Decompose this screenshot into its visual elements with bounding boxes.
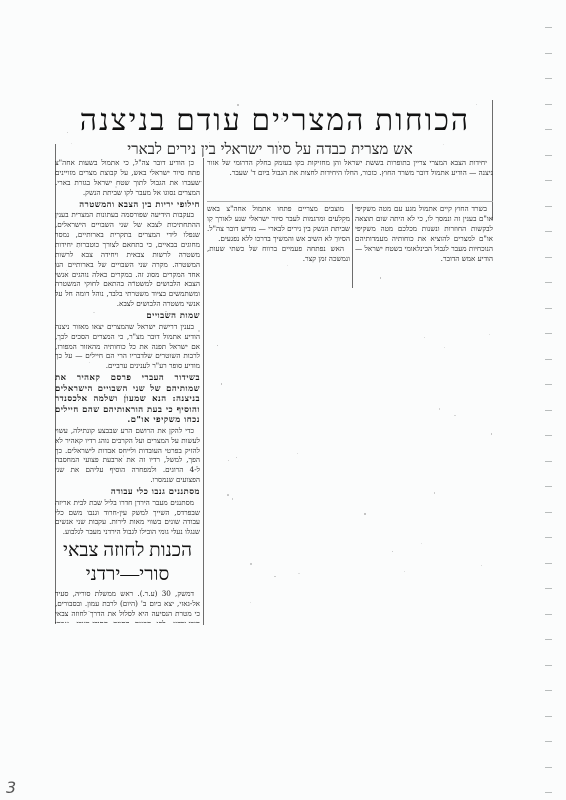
page-number: 3 [6,778,16,797]
edge-mark [545,665,552,666]
edge-mark [545,231,552,232]
edge-mark [545,639,552,640]
scan-speckle [297,453,298,454]
scan-speckle [236,457,237,458]
scan-speckle [444,347,445,348]
scan-speckle [250,602,251,603]
scan-speckle [123,471,124,472]
edge-mark [545,486,552,487]
edge-mark [545,104,552,105]
subheadline: אש מצרית כבדה על סיור ישראלי בין נירים ל… [55,140,485,158]
scan-speckle [228,460,229,461]
scan-speckle [489,334,490,335]
column-rule-right [352,204,353,288]
scan-speckle [198,330,200,332]
scan-speckle [404,571,405,572]
edge-mark [545,206,552,207]
scan-speckle [476,104,477,105]
scan-speckle [125,394,127,396]
edge-mark [545,129,552,130]
paragraph: האש נפתחה פעמיים ברווח של כשתי שעות, ונמ… [207,244,350,264]
edge-mark [545,435,552,436]
article-column-right: בשרד החוץ קיים אתמול מגע עם מטה משקיפי א… [355,204,493,290]
edge-mark [545,180,552,181]
scan-speckle [200,181,201,182]
column-rule [203,158,204,625]
scan-speckle [364,513,365,514]
edge-mark [545,588,552,589]
edge-mark [545,53,552,54]
scan-speckle [392,551,393,552]
newspaper-clipping: הכוחות המצריים עודם בניצנה אש מצרית כבדה… [55,100,495,625]
paragraph: מוצבים מצריים פתחו אתמול אחה"צ באש מקלעי… [207,204,350,244]
edge-mark [545,716,552,717]
paragraph: מסתננים מעבר הירדן חדרו בליל שבת לבית אר… [55,498,200,538]
paragraph: בשרד החוץ קיים אתמול מגע עם מטה משקיפי א… [355,204,493,263]
edge-mark [545,792,552,793]
edge-mark [545,741,552,742]
scan-speckle [298,573,299,574]
scan-speckle [481,565,482,566]
edge-mark [545,563,552,564]
section-subhead: חילופי יריות בין הצבא והמשטרה [55,199,200,210]
scan-speckle [274,576,276,578]
section-headline: הכנות לחוזה צבאי סורי—ירדני [55,539,200,587]
edge-mark [545,308,552,309]
scan-speckle [421,543,422,544]
scan-speckle [443,144,444,145]
paragraph: דמשק, 30 (ע.ר.). ראש ממשלת סוריה, סעיד א… [55,589,200,623]
scan-speckle [305,145,307,147]
edge-mark [545,333,552,334]
scan-speckle [302,161,303,162]
scan-speckle [217,345,218,346]
edge-mark [545,461,552,462]
scanned-page: הכוחות המצריים עודם בניצנה אש מצרית כבדה… [0,0,566,800]
lead-text: יחידות הצבא המצרי צריין בתופרות בששת ישר… [207,158,493,178]
edge-mark [545,614,552,615]
edge-mark [545,359,552,360]
scan-speckle [240,163,241,164]
paragraph: בענין דרישת ישראל שהמצרים יצאו מאזור ניצ… [55,322,200,372]
section-subhead: בשידור העברי פרסם קאהיר את שמותיהם של שנ… [55,372,200,425]
scan-speckle [250,563,251,564]
scan-speckle [227,494,229,496]
article-column-middle: מוצבים מצריים פתחו אתמול אחה"צ באש מקלעי… [207,204,350,280]
paragraph: בעקבות הידיעה שפורסמה בעתונות המצרית בענ… [55,210,200,309]
scan-speckle [232,498,234,500]
scan-speckle [278,141,279,142]
scan-edge-marks [545,0,553,800]
scan-speckle [491,433,492,434]
edge-mark [545,282,552,283]
scan-speckle [221,383,222,384]
scan-speckle [237,104,238,105]
article-column-left: כן הודיע דובר צה"ל, כי אתמול בשעות אחה"צ… [55,158,200,623]
edge-mark [545,155,552,156]
scan-speckle [189,115,190,116]
paragraph: כדי להקן את הרושם הרע שבבצע קונתילה, עשו… [55,426,200,485]
edge-mark [545,512,552,513]
headline: הכוחות המצריים עודם בניצנה [55,104,495,138]
edge-mark [545,767,552,768]
paragraph: כן הודיע דובר צה"ל, כי אתמול בשעות אחה"צ… [55,158,200,198]
edge-mark [545,537,552,538]
edge-mark [545,690,552,691]
edge-mark [545,27,552,28]
scan-speckle [439,408,440,409]
section-subhead: שמות השבויים [55,310,200,321]
edge-mark [545,257,552,258]
edge-mark [545,410,552,411]
section-subhead: מסתננים גנבו כלי עבודה [55,486,200,497]
horizontal-rule [207,201,493,202]
scan-speckle [88,611,89,612]
scan-speckle [115,186,117,188]
lead-paragraph: יחידות הצבא המצרי צריין בתופרות בששת ישר… [207,158,493,200]
scan-speckle [424,337,425,338]
scan-speckle [434,492,436,494]
edge-mark [545,78,552,79]
scan-speckle [454,415,455,416]
edge-mark [545,384,552,385]
